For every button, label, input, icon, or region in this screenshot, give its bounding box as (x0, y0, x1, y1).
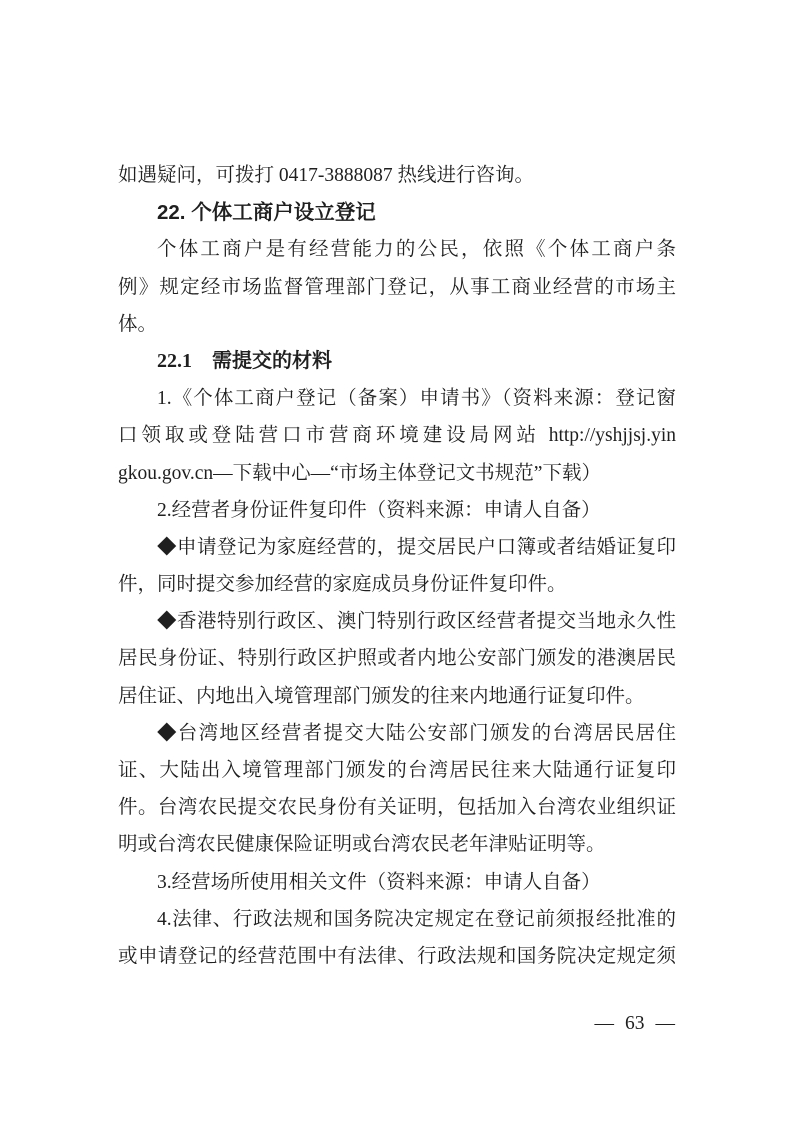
text-line: 或申请登记的经营范围中有法律、行政法规和国务院决定规定须 (118, 938, 676, 975)
section-heading: 22.1 需提交的材料 (118, 343, 676, 380)
text-line: 证、大陆出入境管理部门颁发的台湾居民往来大陆通行证复印 (118, 752, 676, 789)
paragraph: 2.经营者身份证件复印件（资料来源：申请人自备） (118, 492, 676, 529)
text-line: 2.经营者身份证件复印件（资料来源：申请人自备） (118, 492, 676, 529)
text-line: gkou.gov.cn—下载中心—“市场主体登记文书规范”下载） (118, 455, 676, 492)
text-line: 个体工商户是有经营能力的公民，依照《个体工商户条 (118, 231, 676, 268)
paragraph: ◆香港特别行政区、澳门特别行政区经营者提交当地永久性居民身份证、特别行政区护照或… (118, 603, 676, 715)
text-line: ◆台湾地区经营者提交大陆公安部门颁发的台湾居民居住 (118, 715, 676, 752)
text-line: ◆申请登记为家庭经营的，提交居民户口簿或者结婚证复印 (118, 529, 676, 566)
paragraph: 如遇疑问，可拨打 0417-3888087 热线进行咨询。 (118, 157, 676, 194)
section-heading: 22. 个体工商户设立登记 (118, 194, 676, 231)
text-line: 明或台湾农民健康保险证明或台湾农民老年津贴证明等。 (118, 826, 676, 863)
text-line: 如遇疑问，可拨打 0417-3888087 热线进行咨询。 (118, 157, 676, 194)
text-line: ◆香港特别行政区、澳门特别行政区经营者提交当地永久性 (118, 603, 676, 640)
paragraph: 1.《个体工商户登记（备案）申请书》（资料来源：登记窗口领取或登陆营口市营商环境… (118, 380, 676, 492)
text-line: 22. 个体工商户设立登记 (118, 194, 676, 231)
text-line: 口领取或登陆营口市营商环境建设局网站 http://yshjjsj.yin (118, 417, 676, 454)
text-line: 件。台湾农民提交农民身份有关证明，包括加入台湾农业组织证 (118, 789, 676, 826)
text-line: 居住证、内地出入境管理部门颁发的往来内地通行证复印件。 (118, 678, 676, 715)
text-line: 件，同时提交参加经营的家庭成员身份证件复印件。 (118, 566, 676, 603)
text-line: 4.法律、行政法规和国务院决定规定在登记前须报经批准的 (118, 901, 676, 938)
paragraph: 4.法律、行政法规和国务院决定规定在登记前须报经批准的或申请登记的经营范围中有法… (118, 901, 676, 975)
text-line: 1.《个体工商户登记（备案）申请书》（资料来源：登记窗 (118, 380, 676, 417)
text-line: 22.1 需提交的材料 (118, 343, 676, 380)
text-line: 居民身份证、特别行政区护照或者内地公安部门颁发的港澳居民 (118, 640, 676, 677)
paragraph: 3.经营场所使用相关文件（资料来源：申请人自备） (118, 864, 676, 901)
text-line: 体。 (118, 306, 676, 343)
footer-dash-right: — (656, 1013, 676, 1034)
footer-dash-left: — (595, 1013, 615, 1034)
page-number: 63 (625, 1013, 645, 1034)
text-line: 3.经营场所使用相关文件（资料来源：申请人自备） (118, 864, 676, 901)
paragraph: ◆台湾地区经营者提交大陆公安部门颁发的台湾居民居住证、大陆出入境管理部门颁发的台… (118, 715, 676, 864)
text-block: 如遇疑问，可拨打 0417-3888087 热线进行咨询。22. 个体工商户设立… (118, 157, 676, 975)
paragraph: ◆申请登记为家庭经营的，提交居民户口簿或者结婚证复印件，同时提交参加经营的家庭成… (118, 529, 676, 603)
text-line: 例》规定经市场监督管理部门登记，从事工商业经营的市场主 (118, 269, 676, 306)
document-page: 如遇疑问，可拨打 0417-3888087 热线进行咨询。22. 个体工商户设立… (0, 0, 793, 1122)
paragraph: 个体工商户是有经营能力的公民，依照《个体工商户条例》规定经市场监督管理部门登记，… (118, 231, 676, 343)
page-footer: —63— (595, 1010, 676, 1038)
